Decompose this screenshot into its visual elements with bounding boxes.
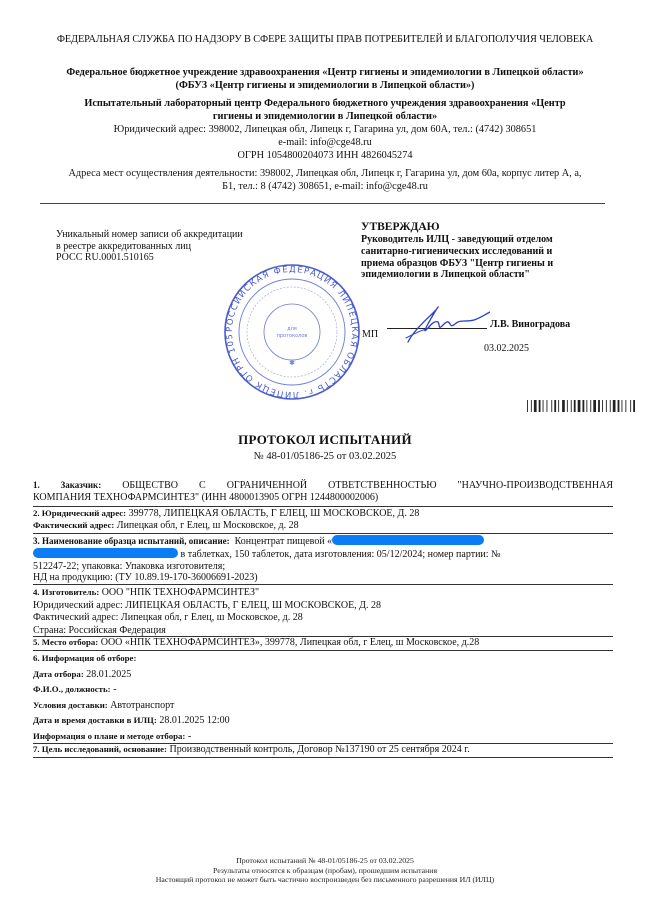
header-divider	[40, 203, 605, 204]
accreditation-number: РОСС RU.0001.510165	[56, 252, 243, 264]
sample-value-line3: 512247-22; упаковка: Упаковка изготовите…	[33, 561, 613, 573]
legal-address-value: 399778, ЛИПЕЦКАЯ ОБЛАСТЬ, Г ЕЛЕЦ, Ш МОСК…	[129, 508, 420, 519]
svg-text:протоколов: протоколов	[277, 333, 308, 339]
activity-address: Адреса мест осуществления деятельности: …	[20, 167, 630, 193]
approval-line4: эпидемиологии в Липецкой области"	[361, 269, 611, 281]
official-stamp-icon: РОССИЙСКАЯ ФЕДЕРАЦИЯ ЛИПЕЦКАЯ ОБЛАСТЬ г.…	[222, 262, 362, 402]
legal-address-label: 2. Юридический адрес:	[33, 508, 126, 518]
signature-icon	[400, 300, 490, 348]
section-sampling-info: 6. Информация об отборе: Дата отбора: 28…	[33, 651, 613, 744]
section-divider	[33, 584, 613, 585]
accreditation-block: Уникальный номер записи об аккредитации …	[56, 229, 243, 264]
page-footer: Протокол испытаний № 48-01/05186-25 от 0…	[100, 856, 550, 885]
legal-address: Юридический адрес: 398002, Липецкая обл,…	[10, 123, 640, 136]
section-sampling-place: 5. Место отбора: ООО «НПК ТЕХНОФАРМСИНТЕ…	[33, 637, 613, 649]
mp-label: МП	[362, 329, 378, 340]
sampling-place-value: ООО «НПК ТЕХНОФАРМСИНТЕЗ», 399778, Липец…	[101, 637, 480, 648]
lab-line1: Испытательный лабораторный центр Федерал…	[10, 97, 640, 110]
activity-address-line1: Адреса мест осуществления деятельности: …	[20, 167, 630, 180]
lab-info: Испытательный лабораторный центр Федерал…	[10, 97, 640, 162]
approval-line3: приема образцов ФБУЗ "Центр гигиены и	[361, 258, 611, 270]
footer-line2: Результаты относятся к образцам (пробам)…	[100, 866, 550, 876]
purpose-label: 7. Цель исследований, основание:	[33, 744, 167, 754]
approval-date: 03.02.2025	[484, 343, 529, 354]
section-customer: 1. Заказчик: ОБЩЕСТВО С ОГРАНИЧЕННОЙ ОТВ…	[33, 480, 613, 504]
sample-value-start: Концентрат пищевой «	[235, 536, 333, 547]
email: e-mail: info@cge48.ru	[10, 136, 640, 149]
sampling-plan-value: -	[188, 731, 191, 742]
section-sample: 3. Наименование образца испытаний, описа…	[33, 535, 613, 584]
ogrn-inn: ОГРН 1054800204073 ИНН 4826045274	[10, 149, 640, 162]
manufacturer-label: 4. Изготовитель:	[33, 587, 99, 597]
institution-name: Федеральное бюджетное учреждение здравоо…	[10, 66, 640, 92]
customer-value-line2: КОМПАНИЯ ТЕХНОФАРМСИНТЕЗ" (ИНН 480001390…	[33, 492, 613, 504]
section-purpose: 7. Цель исследований, основание: Произво…	[33, 744, 613, 756]
section-manufacturer: 4. Изготовитель: ООО "НПК ТЕХНОФАРМСИНТЕ…	[33, 586, 613, 637]
fio-label: Ф.И.О., должность:	[33, 684, 111, 694]
accreditation-line2: в реестре аккредитованных лиц	[56, 241, 243, 253]
protocol-number: № 48-01/05186-25 от 03.02.2025	[150, 451, 500, 462]
footer-line1: Протокол испытаний № 48-01/05186-25 от 0…	[100, 856, 550, 866]
redacted-product-name-cont	[33, 548, 178, 558]
sample-value-line4: НД на продукцию: (ТУ 10.89.19-170-360066…	[33, 572, 613, 584]
manufacturer-legal-address: Юридический адрес: ЛИПЕЦКАЯ ОБЛАСТЬ, Г Е…	[33, 600, 613, 613]
approval-line2: санитарно-гигиенических исследований и	[361, 246, 611, 258]
barcode-icon	[527, 400, 637, 412]
section-divider	[33, 533, 613, 534]
purpose-value: Производственный контроль, Договор №1371…	[170, 744, 470, 755]
customer-label: 1. Заказчик:	[33, 480, 101, 490]
fact-address-label: Фактический адрес:	[33, 520, 114, 530]
section-divider	[33, 757, 613, 758]
delivery-datetime-label: Дата и время доставки в ИЛЦ:	[33, 715, 157, 725]
protocol-title: ПРОТОКОЛ ИСПЫТАНИЙ	[150, 432, 500, 448]
approval-block: УТВЕРЖДАЮ Руководитель ИЛЦ - заведующий …	[361, 220, 611, 281]
fact-address-value: Липецкая обл, г Елец, ш Московское, д. 2…	[117, 520, 299, 531]
sample-value-line2: в таблетках, 150 таблеток, дата изготовл…	[181, 549, 501, 560]
footer-line3: Настоящий протокол не может быть частичн…	[100, 875, 550, 885]
section-legal-address: 2. Юридический адрес: 399778, ЛИПЕЦКАЯ О…	[33, 508, 613, 532]
institution-line2: (ФБУЗ «Центр гигиены и эпидемиологии в Л…	[10, 79, 640, 92]
sampling-plan-label: Информация о плане и методе отбора:	[33, 731, 185, 741]
sampling-info-label: 6. Информация об отборе:	[33, 651, 613, 667]
manufacturer-fact-address: Фактический адрес: Липецкая обл, г Елец,…	[33, 612, 613, 625]
sampling-place-label: 5. Место отбора:	[33, 637, 98, 647]
redacted-product-name	[332, 535, 484, 545]
customer-value-line1: ОБЩЕСТВО С ОГРАНИЧЕННОЙ ОТВЕТСТВЕННОСТЬЮ…	[122, 480, 613, 491]
accreditation-line1: Уникальный номер записи об аккредитации	[56, 229, 243, 241]
approval-line1: Руководитель ИЛЦ - заведующий отделом	[361, 234, 611, 246]
lab-line2: гигиены и эпидемиологии в Липецкой облас…	[10, 110, 640, 123]
delivery-datetime-value: 28.01.2025 12:00	[159, 715, 229, 726]
svg-text:для: для	[287, 326, 297, 332]
svg-text:✱: ✱	[289, 359, 295, 367]
activity-address-line2: Б1, тел.: 8 (4742) 308651, e-mail: info@…	[20, 180, 630, 193]
sampling-date-label: Дата отбора:	[33, 669, 84, 679]
section-divider	[33, 506, 613, 507]
delivery-conditions-value: Автотранспорт	[110, 700, 174, 711]
delivery-conditions-label: Условия доставки:	[33, 700, 108, 710]
sampling-date-value: 28.01.2025	[86, 669, 131, 680]
agency-name: ФЕДЕРАЛЬНАЯ СЛУЖБА ПО НАДЗОРУ В СФЕРЕ ЗА…	[20, 33, 630, 46]
signer-name: Л.В. Виноградова	[490, 319, 570, 330]
institution-line1: Федеральное бюджетное учреждение здравоо…	[10, 66, 640, 79]
approval-title: УТВЕРЖДАЮ	[361, 220, 611, 234]
fio-value: -	[113, 684, 116, 695]
manufacturer-value: ООО "НПК ТЕХНОФАРМСИНТЕЗ"	[102, 587, 259, 598]
sample-label: 3. Наименование образца испытаний, описа…	[33, 536, 230, 546]
